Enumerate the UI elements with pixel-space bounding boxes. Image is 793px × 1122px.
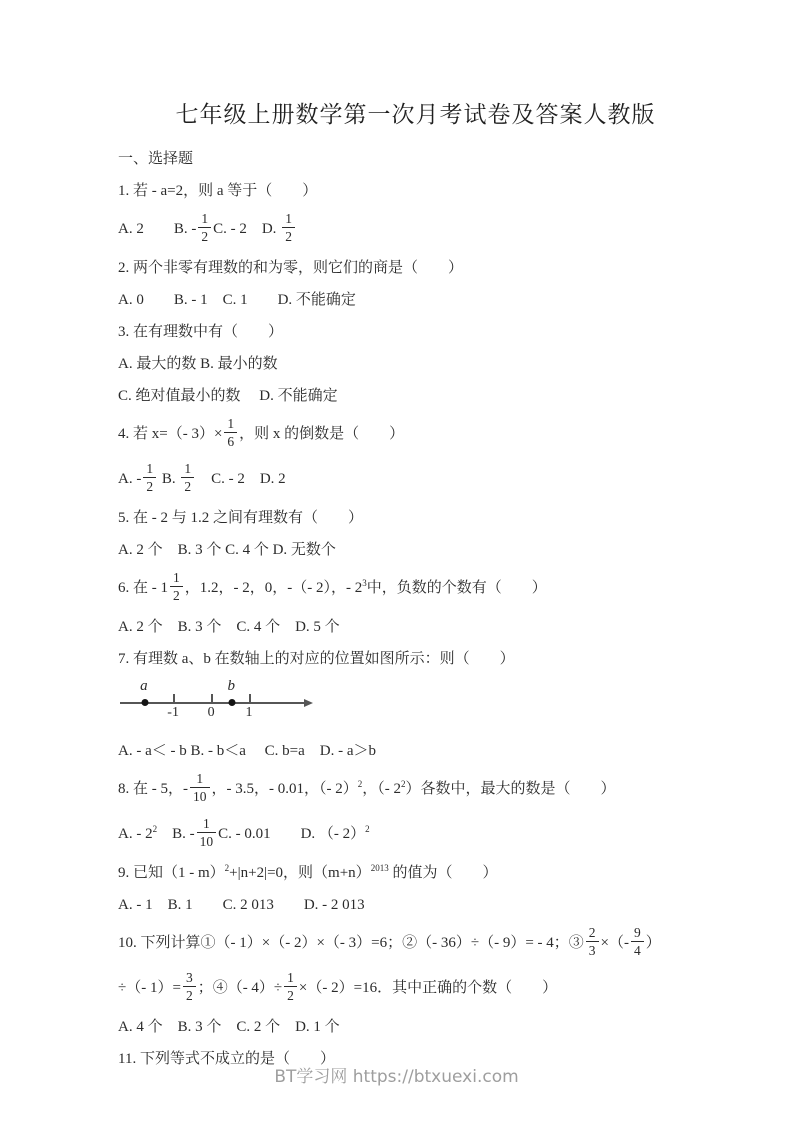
question-7: 7. 有理数 a、b 在数轴上的对应的位置如图所示：则（ ） [118,649,713,669]
text-run: 9. 已知（1 - m） [118,865,225,881]
fraction-denominator: 2 [181,477,194,494]
fraction: 12 [282,211,295,244]
text-run: A. 2 个 B. 3 个 C. 4 个 D. 5 个 [118,619,340,635]
axis-tick [211,694,213,702]
page-title: 七年级上册数学第一次月考试卷及答案人教版 [118,96,713,129]
point-dot [228,699,235,706]
section-header: 一、选择题 [118,149,713,169]
fraction-numerator: 1 [197,816,217,832]
point-label: a [140,678,148,695]
fraction-numerator: 1 [143,461,156,477]
question-1: 1. 若 - a=2，则 a 等于（ ） [118,181,713,201]
axis-arrow-icon [304,699,313,707]
fraction: 110 [190,771,210,804]
fraction-denominator: 2 [183,986,196,1003]
fraction-numerator: 1 [198,211,211,227]
question-3-options-ab: A. 最大的数 B. 最小的数 [118,354,713,374]
text-run: 2. 两个非零有理数的和为零，则它们的商是（ ） [118,260,463,276]
question-4-options: A. -12 B. 12 C. - 2 D. 2 [118,463,713,496]
text-run: C. - 2 D. 2 [196,471,286,487]
fraction-denominator: 2 [170,586,183,603]
fraction-denominator: 2 [282,227,295,244]
text-run: 6. 在 - 1 [118,580,168,596]
text-run: 8. 在 - 5，- [118,781,188,797]
text-run: A. 4 个 B. 3 个 C. 2 个 D. 1 个 [118,1019,340,1035]
axis-tick-label: -1 [167,705,179,721]
axis-tick [249,694,251,702]
question-9: 9. 已知（1 - m）2+|n+2|=0，则（m+n）2013 的值为（ ） [118,863,713,883]
fraction: 110 [197,816,217,849]
text-run: A. 2 个 B. 3 个 C. 4 个 D. 无数个 [118,542,336,558]
question-5: 5. 在 - 2 与 1.2 之间有理数有（ ） [118,508,713,528]
fraction-denominator: 6 [224,432,237,449]
text-run: C. 绝对值最小的数 D. 不能确定 [118,388,338,404]
question-5-options: A. 2 个 B. 3 个 C. 4 个 D. 无数个 [118,540,713,560]
axis-tick [173,694,175,702]
fraction-denominator: 4 [631,941,644,958]
exponent: 2 [365,824,370,834]
question-1-options: A. 2 B. -12C. - 2 D. 12 [118,213,713,246]
fraction-numerator: 1 [224,416,237,432]
text-run: 4. 若 x=（- 3）× [118,426,222,442]
text-run: A. 2 B. - [118,221,196,237]
fraction-numerator: 9 [631,925,644,941]
fraction-denominator: 2 [198,227,211,244]
fraction-numerator: 1 [190,771,210,787]
question-9-options: A. - 1 B. 1 C. 2 013 D. - 2 013 [118,895,713,915]
fraction: 23 [586,925,599,958]
question-2-options: A. 0 B. - 1 C. 1 D. 不能确定 [118,290,713,310]
question-7-options: A. - a＜ - b B. - b＜a C. b=a D. - a＞b [118,741,713,761]
text-run: A. - [118,471,141,487]
text-run: A. 最大的数 B. 最小的数 [118,356,278,372]
text-run: ）各数中，最大的数是（ ） [406,781,616,797]
text-run: ，- 3.5，- 0.01，（- 2） [212,781,358,797]
text-run: 中，负数的个数有（ ） [367,580,547,596]
fraction: 12 [198,211,211,244]
question-2: 2. 两个非零有理数的和为零，则它们的商是（ ） [118,258,713,278]
text-run: ，（- 2 [362,781,401,797]
fraction-denominator: 10 [190,787,210,804]
point-dot [141,699,148,706]
text-run: 3. 在有理数中有（ ） [118,324,283,340]
question-3: 3. 在有理数中有（ ） [118,322,713,342]
point-label: b [227,678,235,695]
footer-watermark: BT学习网 https://btxuexi.com [0,1062,793,1087]
fraction-numerator: 2 [586,925,599,941]
text-run: B. [158,471,179,487]
exponent: 2013 [371,863,389,873]
fraction-denominator: 2 [284,986,297,1003]
text-run: 1. 若 - a=2，则 a 等于（ ） [118,183,317,199]
text-run: B. - [157,826,195,842]
fraction-denominator: 10 [197,832,217,849]
fraction: 32 [183,970,196,1003]
text-run: A. 0 B. - 1 C. 1 D. 不能确定 [118,292,356,308]
exam-document: 七年级上册数学第一次月考试卷及答案人教版 一、选择题1. 若 - a=2，则 a… [0,0,793,1069]
text-run: 5. 在 - 2 与 1.2 之间有理数有（ ） [118,510,363,526]
question-6: 6. 在 - 112，1.2，- 2，0，-（- 2），- 23中，负数的个数有… [118,572,713,605]
text-run: 10. 下列计算①（- 1）×（- 2）×（- 3）=6；②（- 36）÷（- … [118,935,584,951]
question-10-line-1: 10. 下列计算①（- 1）×（- 2）×（- 3）=6；②（- 36）÷（- … [118,927,713,960]
text-run: ，1.2，- 2，0，-（- 2），- 2 [185,580,362,596]
fraction-numerator: 1 [284,970,297,986]
question-3-options-cd: C. 绝对值最小的数 D. 不能确定 [118,386,713,406]
fraction-numerator: 1 [181,461,194,477]
text-run: ÷（- 1）= [118,980,181,996]
text-run: 一、选择题 [118,151,193,167]
text-run: ×（- [601,935,629,951]
question-6-options: A. 2 个 B. 3 个 C. 4 个 D. 5 个 [118,617,713,637]
axis-tick-label: 0 [208,705,215,721]
question-8: 8. 在 - 5，-110，- 3.5，- 0.01，（- 2）2，（- 22）… [118,773,713,806]
text-run: ×（- 2）=16．其中正确的个数（ ） [299,980,557,996]
fraction-numerator: 1 [170,570,183,586]
text-run: A. - a＜ - b B. - b＜a C. b=a D. - a＞b [118,743,376,759]
text-run: ；④（- 4）÷ [198,980,282,996]
question-7-figure: -101ab [120,681,330,729]
fraction-numerator: 1 [282,211,295,227]
fraction: 12 [170,570,183,603]
fraction: 12 [284,970,297,1003]
text-run: C. - 0.01 D. （- 2） [218,826,365,842]
fraction: 12 [143,461,156,494]
text-run: A. - 1 B. 1 C. 2 013 D. - 2 013 [118,897,365,913]
document-body: 一、选择题1. 若 - a=2，则 a 等于（ ）A. 2 B. -12C. -… [118,149,713,1069]
fraction-denominator: 2 [143,477,156,494]
fraction: 12 [181,461,194,494]
text-run: A. - 2 [118,826,153,842]
text-run: ） [646,935,661,951]
question-10-options: A. 4 个 B. 3 个 C. 2 个 D. 1 个 [118,1017,713,1037]
question-8-options: A. - 22 B. -110C. - 0.01 D. （- 2）2 [118,818,713,851]
fraction-numerator: 3 [183,970,196,986]
text-run: C. - 2 D. [213,221,280,237]
fraction: 16 [224,416,237,449]
text-run: ，则 x 的倒数是（ ） [239,426,404,442]
text-run: 7. 有理数 a、b 在数轴上的对应的位置如图所示：则（ ） [118,651,515,667]
fraction-denominator: 3 [586,941,599,958]
text-run: +|n+2|=0，则（m+n） [229,865,371,881]
axis-tick-label: 1 [246,705,253,721]
text-run: 的值为（ ） [389,865,498,881]
question-10-line-2: ÷（- 1）=32；④（- 4）÷12×（- 2）=16．其中正确的个数（ ） [118,972,713,1005]
question-4: 4. 若 x=（- 3）×16，则 x 的倒数是（ ） [118,418,713,451]
fraction: 94 [631,925,644,958]
